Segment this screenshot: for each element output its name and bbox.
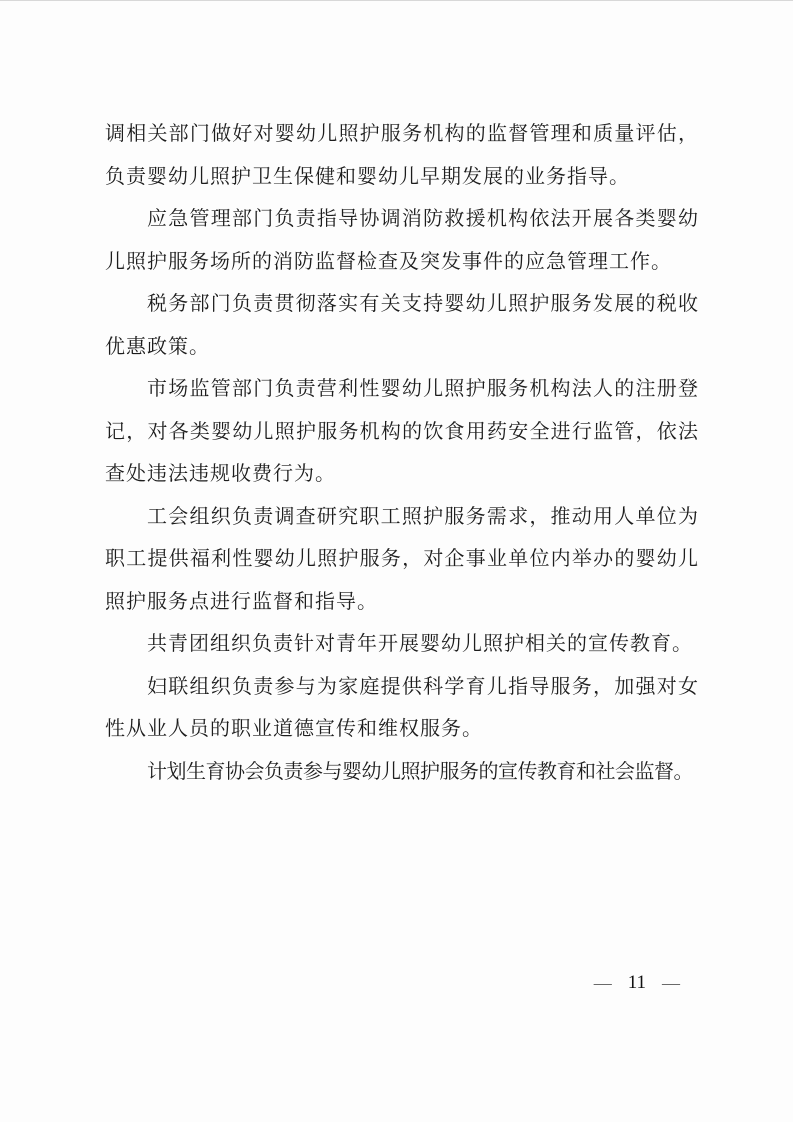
paragraph: 应急管理部门负责指导协调消防救援机构依法开展各类婴幼儿照护服务场所的消防监督检查…	[105, 198, 699, 283]
page-footer: — 11 —	[594, 971, 680, 995]
paragraph: 调相关部门做好对婴幼儿照护服务机构的监督管理和质量评估，负责婴幼儿照护卫生保健和…	[105, 113, 699, 198]
paragraph: 共青团组织负责针对青年开展婴幼儿照护相关的宣传教育。	[105, 623, 699, 666]
paragraph: 工会组织负责调查研究职工照护服务需求，推动用人单位为职工提供福利性婴幼儿照护服务…	[105, 496, 699, 624]
page-number-dash-right: —	[662, 971, 680, 995]
document-body: 调相关部门做好对婴幼儿照护服务机构的监督管理和质量评估，负责婴幼儿照护卫生保健和…	[105, 113, 699, 793]
paragraph: 税务部门负责贯彻落实有关支持婴幼儿照护服务发展的税收优惠政策。	[105, 283, 699, 368]
document-page: 调相关部门做好对婴幼儿照护服务机构的监督管理和质量评估，负责婴幼儿照护卫生保健和…	[0, 0, 793, 1122]
page-number-dash-left: —	[594, 971, 612, 995]
page-number: 11	[628, 971, 646, 995]
paragraph: 计划生育协会负责参与婴幼儿照护服务的宣传教育和社会监督。	[105, 751, 699, 794]
paragraph: 市场监管部门负责营利性婴幼儿照护服务机构法人的注册登记，对各类婴幼儿照护服务机构…	[105, 368, 699, 496]
paragraph: 妇联组织负责参与为家庭提供科学育儿指导服务，加强对女性从业人员的职业道德宣传和维…	[105, 666, 699, 751]
